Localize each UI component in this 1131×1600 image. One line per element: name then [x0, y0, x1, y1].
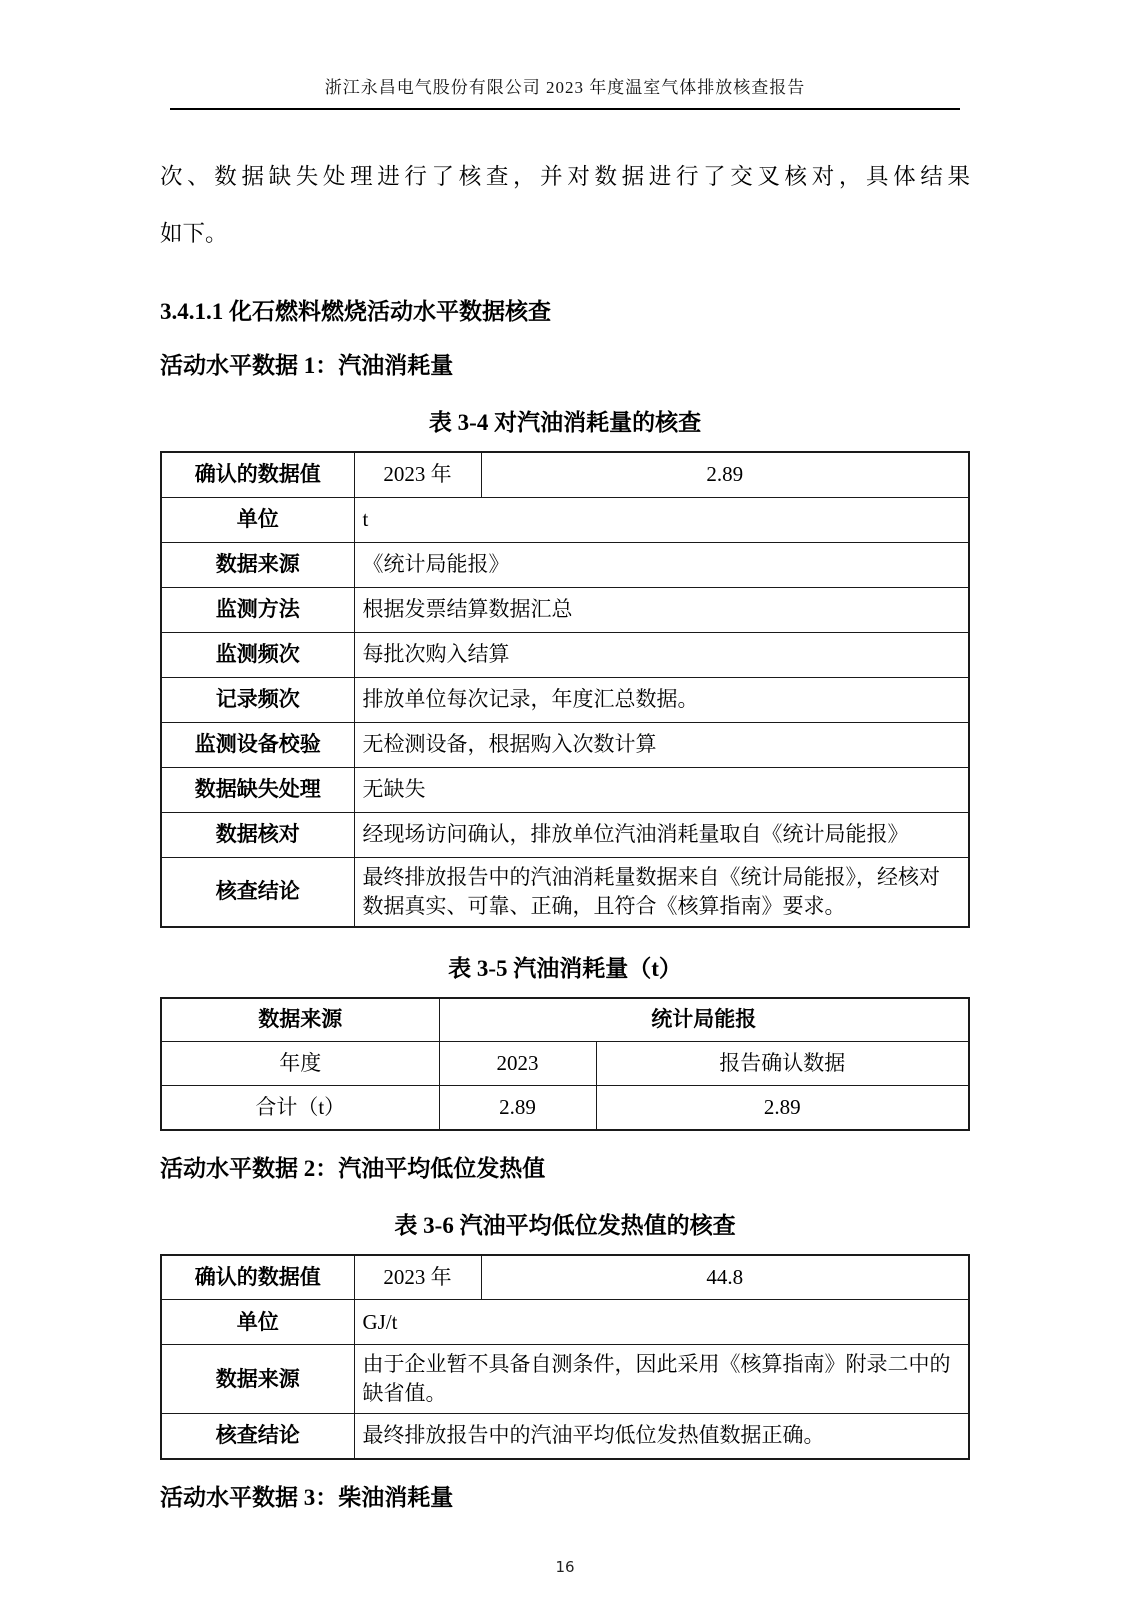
document-page: 浙江永昌电气股份有限公司 2023 年度温室气体排放核查报告 次、数据缺失处理进… [0, 0, 1131, 1600]
table-3-5: 数据来源 统计局能报 年度 2023 报告确认数据 合计（t） 2.89 2.8… [160, 997, 970, 1131]
page-content: 浙江永昌电气股份有限公司 2023 年度温室气体排放核查报告 次、数据缺失处理进… [0, 0, 1131, 1576]
row-label-cell: 监测频次 [161, 632, 354, 677]
row-label-cell: 数据核对 [161, 812, 354, 857]
table-row: 监测设备校验 无检测设备，根据购入次数计算 [161, 722, 969, 767]
report-title: 浙江永昌电气股份有限公司 2023 年度温室气体排放核查报告 [160, 76, 970, 100]
value-cell: 每批次购入结算 [354, 632, 969, 677]
activity-data-3-heading: 活动水平数据 3：柴油消耗量 [160, 1482, 970, 1514]
table-row: 确认的数据值 2023 年 2.89 [161, 452, 969, 497]
source-cell: 统计局能报 [439, 998, 969, 1042]
row-label-cell: 监测方法 [161, 587, 354, 632]
row-label-cell: 确认的数据值 [161, 1255, 354, 1300]
value-cell: 由于企业暂不具备自测条件，因此采用《核算指南》附录二中的缺省值。 [354, 1345, 969, 1414]
row-label-cell: 数据来源 [161, 1345, 354, 1414]
row-label-cell: 数据来源 [161, 542, 354, 587]
value-cell: 2023 [439, 1042, 596, 1086]
table-row: 合计（t） 2.89 2.89 [161, 1086, 969, 1130]
table-row: 确认的数据值 2023 年 44.8 [161, 1255, 969, 1300]
value-cell: 最终排放报告中的汽油平均低位发热值数据正确。 [354, 1414, 969, 1459]
year-cell: 2023 年 [354, 452, 481, 497]
page-header: 浙江永昌电气股份有限公司 2023 年度温室气体排放核查报告 [160, 0, 970, 110]
table-3-4-title: 表 3-4 对汽油消耗量的核查 [160, 408, 970, 438]
row-label-cell: 年度 [161, 1042, 439, 1086]
value-cell: 2.89 [596, 1086, 969, 1130]
table-row: 数据缺失处理 无缺失 [161, 767, 969, 812]
value-cell: GJ/t [354, 1300, 969, 1345]
row-label-cell: 单位 [161, 497, 354, 542]
table-row: 年度 2023 报告确认数据 [161, 1042, 969, 1086]
table-3-6: 确认的数据值 2023 年 44.8 单位 GJ/t 数据来源 由于企业暂不具备… [160, 1254, 970, 1460]
row-label-cell: 合计（t） [161, 1086, 439, 1130]
value-cell: 最终排放报告中的汽油消耗量数据来自《统计局能报》，经核对数据真实、可靠、正确，且… [354, 857, 969, 927]
table-row: 核查结论 最终排放报告中的汽油消耗量数据来自《统计局能报》，经核对数据真实、可靠… [161, 857, 969, 927]
value-cell: 《统计局能报》 [354, 542, 969, 587]
row-label-cell: 记录频次 [161, 677, 354, 722]
value-cell: 2.89 [481, 452, 969, 497]
row-label-cell: 数据来源 [161, 998, 439, 1042]
activity-data-1-heading: 活动水平数据 1：汽油消耗量 [160, 350, 970, 382]
activity-data-2-heading: 活动水平数据 2：汽油平均低位发热值 [160, 1153, 970, 1185]
value-cell: 无检测设备，根据购入次数计算 [354, 722, 969, 767]
value-cell: 2.89 [439, 1086, 596, 1130]
value-cell: 排放单位每次记录，年度汇总数据。 [354, 677, 969, 722]
year-cell: 2023 年 [354, 1255, 481, 1300]
table-3-6-title: 表 3-6 汽油平均低位发热值的核查 [160, 1211, 970, 1241]
table-row: 数据来源 统计局能报 [161, 998, 969, 1042]
value-cell: 根据发票结算数据汇总 [354, 587, 969, 632]
table-row: 单位 GJ/t [161, 1300, 969, 1345]
row-label-cell: 监测设备校验 [161, 722, 354, 767]
section-heading-3411: 3.4.1.1 化石燃料燃烧活动水平数据核查 [160, 296, 970, 328]
intro-line: 次、数据缺失处理进行了核查，并对数据进行了交叉核对，具体结果 [160, 148, 970, 205]
value-cell: 经现场访问确认，排放单位汽油消耗量取自《统计局能报》 [354, 812, 969, 857]
value-cell: t [354, 497, 969, 542]
header-rule [170, 108, 960, 110]
table-row: 单位 t [161, 497, 969, 542]
table-row: 监测频次 每批次购入结算 [161, 632, 969, 677]
table-row: 监测方法 根据发票结算数据汇总 [161, 587, 969, 632]
row-label-cell: 单位 [161, 1300, 354, 1345]
intro-line: 如下。 [160, 205, 970, 262]
row-label-cell: 核查结论 [161, 857, 354, 927]
page-number: 16 [160, 1558, 970, 1576]
row-label-cell: 核查结论 [161, 1414, 354, 1459]
intro-paragraph: 次、数据缺失处理进行了核查，并对数据进行了交叉核对，具体结果 如下。 [160, 148, 970, 262]
value-cell: 无缺失 [354, 767, 969, 812]
value-cell: 44.8 [481, 1255, 969, 1300]
value-cell: 报告确认数据 [596, 1042, 969, 1086]
table-row: 数据来源 《统计局能报》 [161, 542, 969, 587]
table-row: 核查结论 最终排放报告中的汽油平均低位发热值数据正确。 [161, 1414, 969, 1459]
row-label-cell: 确认的数据值 [161, 452, 354, 497]
table-3-4: 确认的数据值 2023 年 2.89 单位 t 数据来源 《统计局能报》 监测方… [160, 451, 970, 928]
row-label-cell: 数据缺失处理 [161, 767, 354, 812]
table-3-5-title: 表 3-5 汽油消耗量（t） [160, 954, 970, 984]
table-row: 数据核对 经现场访问确认，排放单位汽油消耗量取自《统计局能报》 [161, 812, 969, 857]
table-row: 数据来源 由于企业暂不具备自测条件，因此采用《核算指南》附录二中的缺省值。 [161, 1345, 969, 1414]
table-row: 记录频次 排放单位每次记录，年度汇总数据。 [161, 677, 969, 722]
